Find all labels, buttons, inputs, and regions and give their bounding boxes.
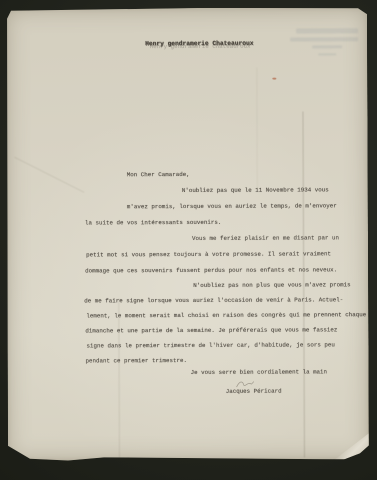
body-line: dimanche et une partie de la semaine. Je… (85, 327, 337, 334)
paper-crease (256, 68, 258, 188)
body-line: la suite de vos intéressants souvenirs. (85, 220, 221, 227)
stamp-line (318, 53, 336, 55)
signature: Jacques Péricard (226, 389, 282, 395)
paper-speck (272, 78, 276, 80)
body-line: Vous me feriez plaisir en me disant par … (192, 235, 339, 242)
bleed-through-stamp (288, 25, 358, 59)
body-line: N'oubliez pas non plus que vous m'avez p… (193, 282, 350, 289)
salutation: Mon Cher Camarade, (127, 172, 190, 178)
closing-line: Je vous serre bien cordialement la main (191, 369, 327, 376)
scanned-letter: Henry gendramerie Chateauroux Henry gend… (0, 0, 377, 480)
body-line: de me faire signe lorsque vous auriez l'… (84, 297, 343, 304)
stamp-line (296, 28, 358, 33)
stamp-line (312, 45, 342, 48)
stamp-line (290, 37, 358, 41)
body-line: pendant ce premier trimestre. (86, 358, 187, 364)
corner-fold (335, 433, 369, 459)
body-line: m'avez promis, lorsque vous en auriez le… (127, 203, 337, 210)
letter-header: Henry gendramerie Chateauroux (145, 41, 253, 47)
body-line: lement, le moment serait mal choisi en r… (86, 312, 366, 319)
letter-page: Henry gendramerie Chateauroux Henry gend… (6, 7, 369, 461)
body-line: dommage que ces souvenirs fussent perdus… (85, 267, 337, 274)
paper-crease (14, 157, 84, 193)
paper-crease (118, 298, 120, 458)
body-line: petit mot si vous pensez toujours à votr… (86, 251, 331, 258)
body-line: N'oubliez pas que le 11 Novembre 1934 vo… (182, 187, 329, 194)
body-line: signe dans le premier trimestre de l'hiv… (86, 342, 334, 349)
